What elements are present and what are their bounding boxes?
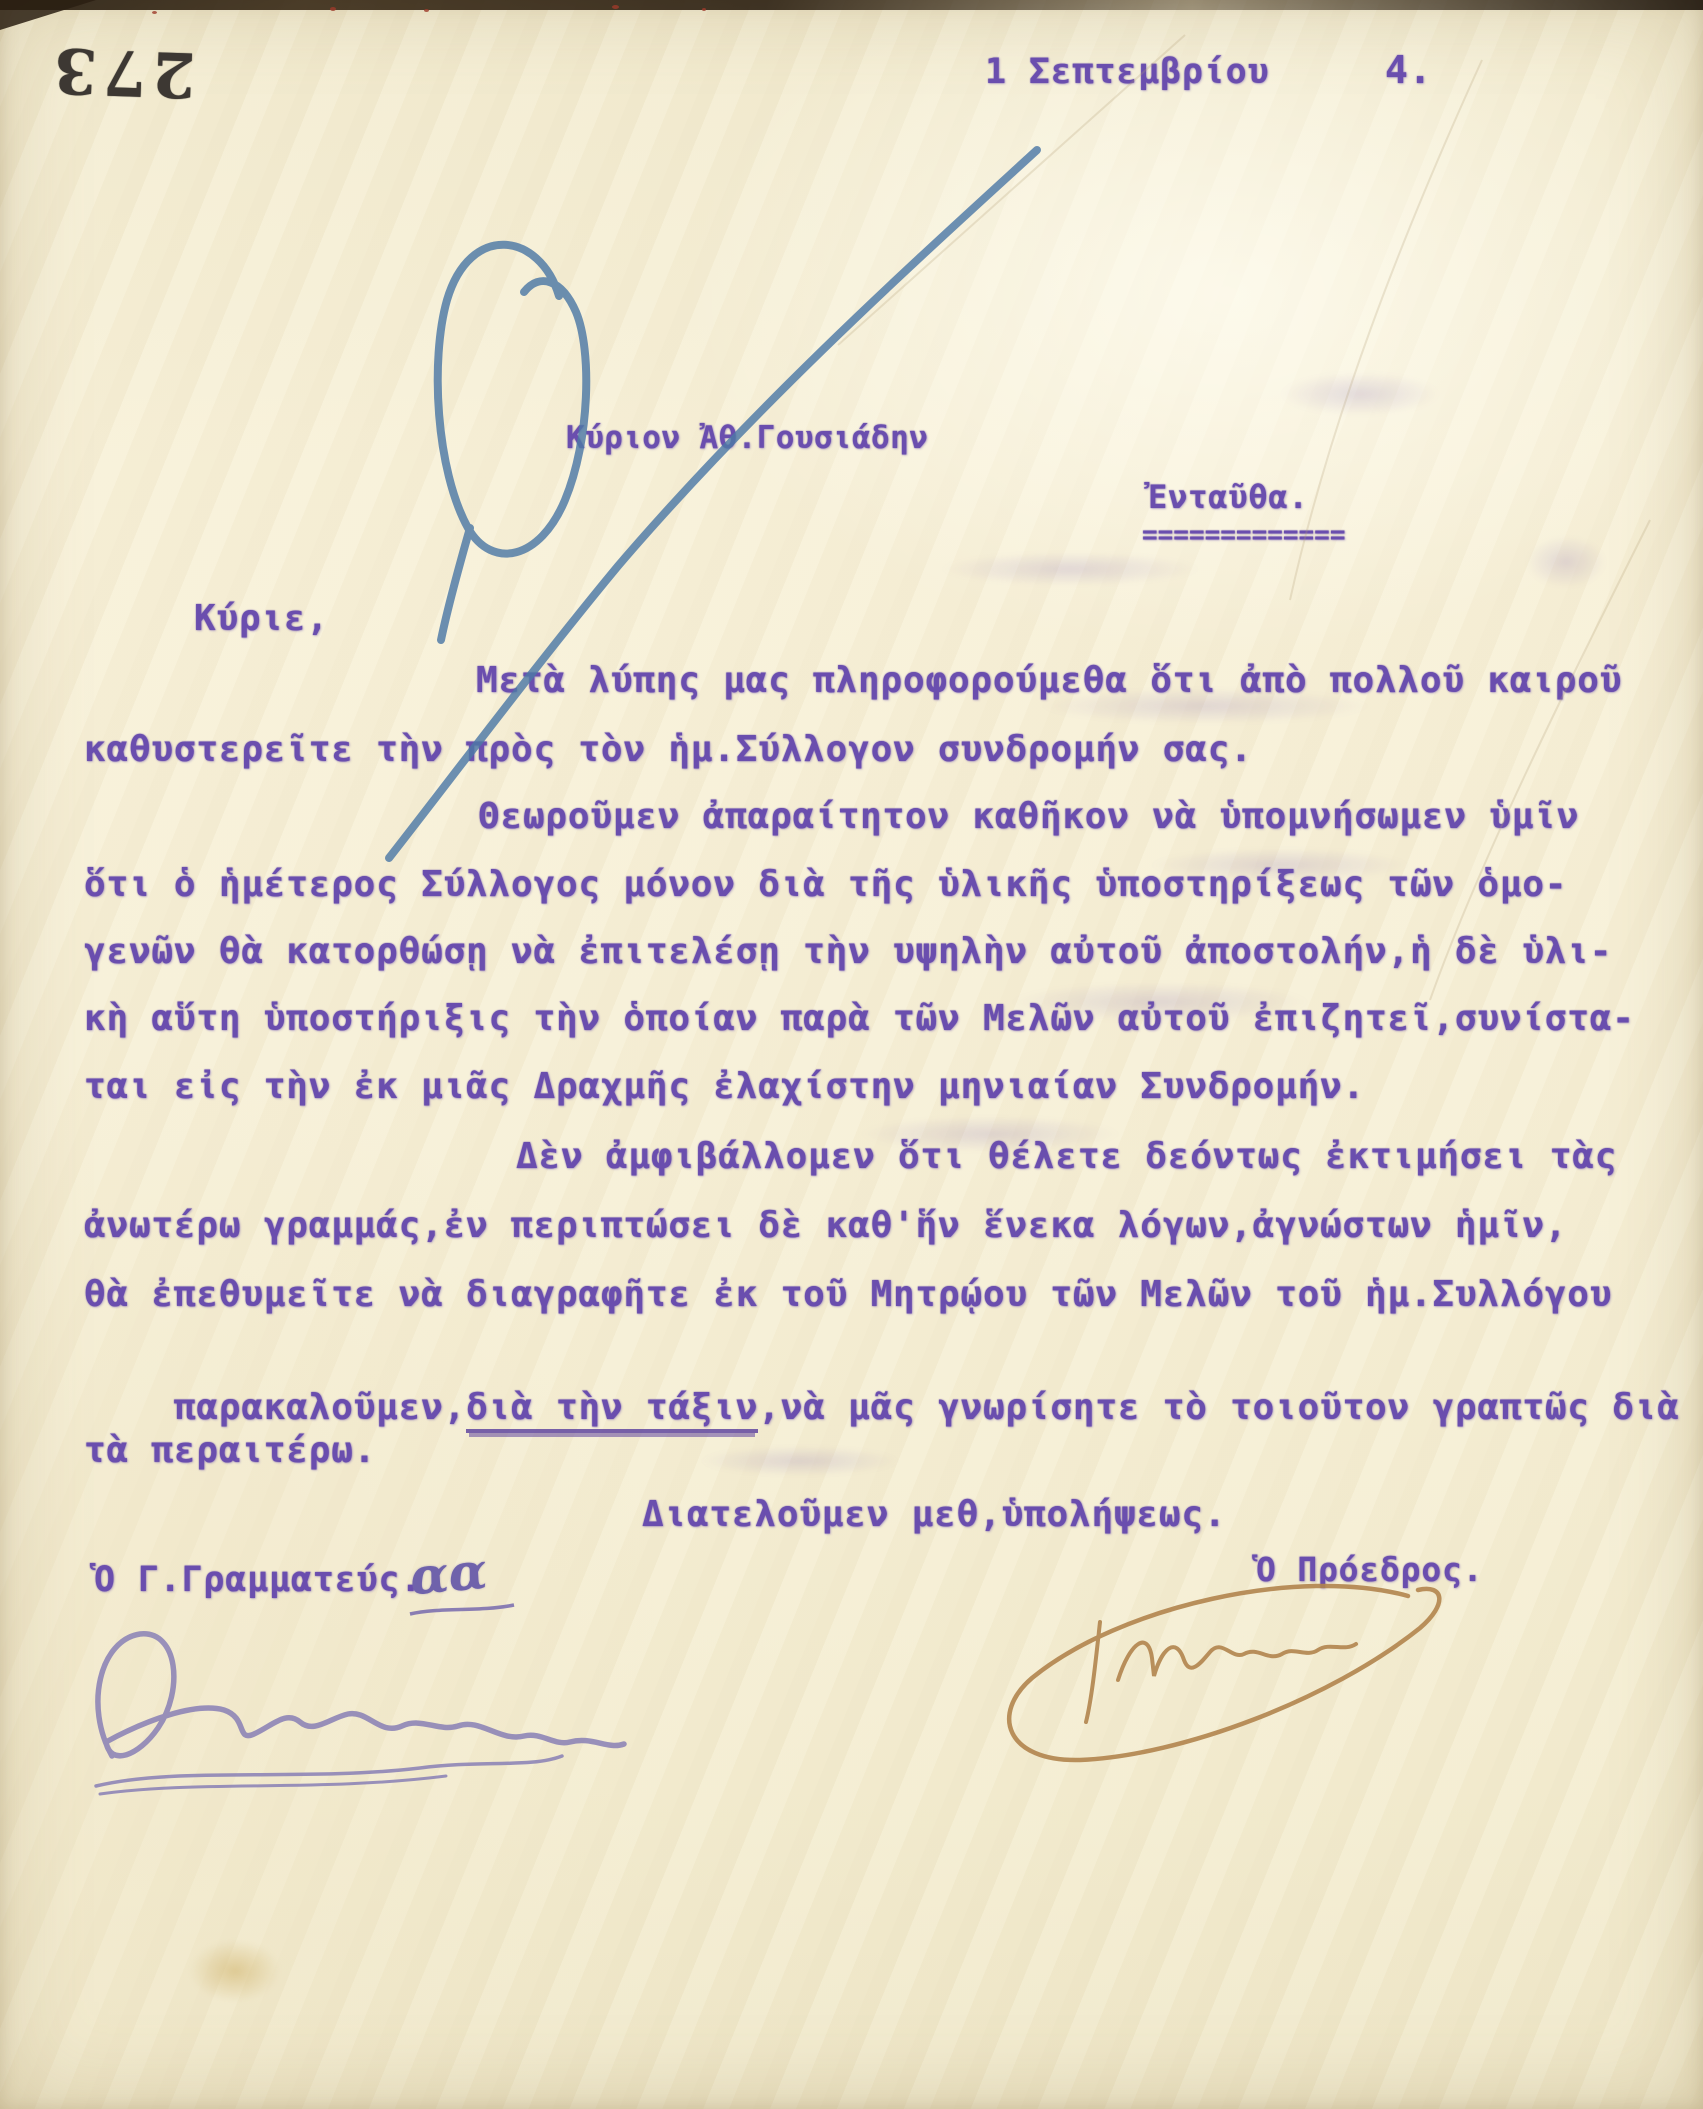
body-line-3: Θεωροῦμεν ἀπαραίτητον καθῆκον νὰ ὑπομνήσ… [478,796,1579,837]
underlined-phrase: διὰ τὴν τάξιν [466,1387,758,1433]
salutation: Κύριε, [194,598,329,639]
archive-number-stamp: 273 [47,33,197,111]
edge-speck [152,11,157,14]
initials-underline [410,1605,514,1614]
ink-bleed-smudge [1526,536,1606,588]
signature-stroke [1118,1643,1356,1680]
closing-line: Διατελοῦμεν μεθ,ὑπολήψεως. [642,1494,1226,1535]
ink-bleed-smudge [860,1116,1120,1152]
body-line-10: θὰ ἐπεθυμεῖτε νὰ διαγραφῆτε ἐκ τοῦ Μητρῴ… [84,1274,1612,1315]
signature-flourish-oval [1009,1586,1439,1760]
ink-bleed-smudge [1010,982,1310,1022]
secretary-title: Ὁ Γ.Γραμματεύς. [94,1560,422,1600]
edge-speck [702,8,706,11]
edge-speck [612,5,619,9]
location-line: Ἐνταῦθα. [1148,478,1309,516]
date-number: 4. [1385,48,1432,92]
signature-stroke [1086,1622,1100,1722]
ink-bleed-smudge [1040,688,1370,724]
ink-bleed-smudge [1280,372,1440,416]
body-line-11-pre: παρακαλοῦμεν, [174,1387,466,1428]
pen-loop [438,245,587,554]
crease-line [1430,520,1650,1000]
paper-corner-shadow [0,0,96,30]
secretary-handwritten-initials: αα [408,1541,490,1606]
ink-bleed-smudge [1150,848,1410,882]
body-line-5: γενῶν θὰ κατορθώσῃ νὰ ἐπιτελέσῃ τὴν υψηλ… [84,931,1612,972]
edge-speck [424,9,429,12]
paper-stain [190,1940,280,2002]
body-line-12: τὰ περαιτέρω. [84,1430,376,1471]
recipient-line: Κύριον Ἀθ.Γουσιάδην [566,420,928,456]
scanned-letter-page: 273 1 Σεπτεμβρίου 4. Κύριον Ἀθ.Γουσιάδην… [0,0,1703,2109]
handwriting-overlay [0,0,1703,2109]
president-title: Ὁ Πρόεδρος. [1256,1550,1483,1589]
ink-bleed-smudge [700,1446,900,1476]
crease-line [1290,60,1482,600]
secretary-signature [96,1634,624,1794]
edge-speck [330,7,336,11]
body-line-6: κὴ αὕτη ὑποστήριξις τὴν ὁποίαν παρὰ τῶν … [84,998,1635,1039]
president-signature [1009,1586,1439,1760]
body-line-2: καθυστερεῖτε τὴν πρὸς τὸν ἡμ.Σύλλογον συ… [84,729,1253,770]
body-line-7: ται εἰς τὴν ἐκ μιᾶς Δραχμῆς ἐλαχίστην μη… [84,1066,1365,1107]
pen-loop-tail [441,528,470,640]
body-line-1: Μετὰ λύπης μας πληροφορούμεθα ὅτι ἀπὸ πο… [476,660,1622,701]
ink-bleed-smudge [940,552,1200,586]
body-line-11-post: ,νὰ μᾶς γνωρίσητε τὸ τοιοῦτον γραπτῶς δι… [758,1387,1679,1428]
date-text: 1 Σεπτεμβρίου [985,52,1269,92]
location-rule: ============= [1142,520,1346,550]
signature-underline [96,1756,562,1786]
signature-stroke [98,1634,624,1756]
scan-top-edge [0,0,1703,10]
signature-underline [100,1776,446,1794]
body-line-9: ἀνωτέρω γραμμάς,ἐν περιπτώσει δὲ καθ'ἥν … [84,1205,1567,1246]
